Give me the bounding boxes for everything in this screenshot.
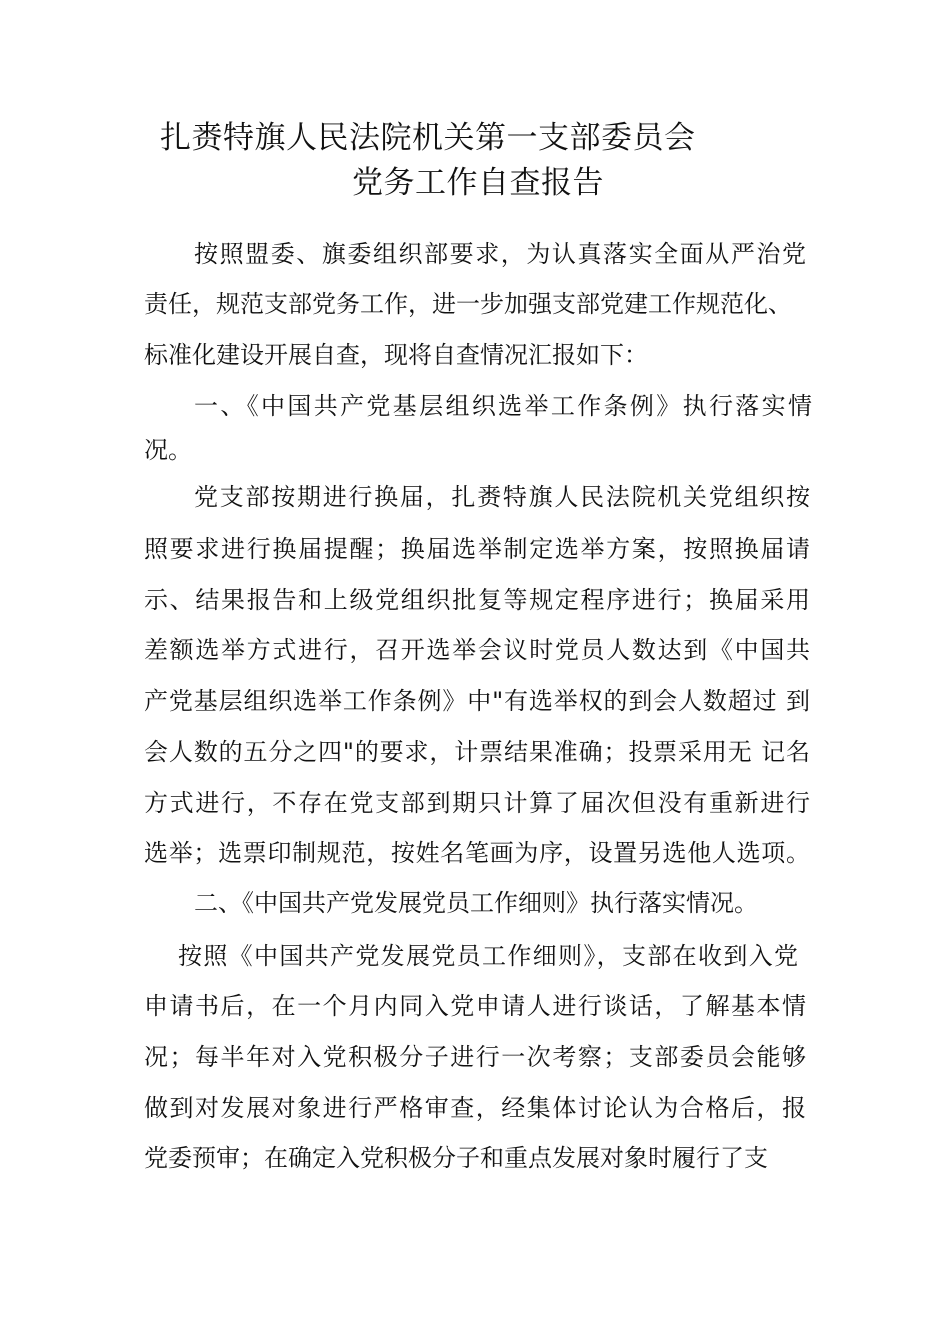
body-line: 选举；选票印制规范，按姓名笔画为序，设置另选他人选项。 [144,836,810,870]
body-line: 产党基层组织选举工作条例》中"有选举权的到会人数超过 到 [144,684,810,718]
body-line: 申请书后，在一个月内同入党申请人进行谈话，了解基本情 [144,989,806,1023]
document-title-line-1: 扎赉特旗人民法院机关第一支部委员会 [160,118,696,158]
document-page: 扎赉特旗人民法院机关第一支部委员会 党务工作自查报告 按照盟委、旗委组织部要求，… [0,0,950,1344]
body-line: 会人数的五分之四"的要求，计票结果准确；投票采用无 记名 [144,735,810,769]
body-line: 责任，规范支部党务工作，进一步加强支部党建工作规范化、 [144,287,792,321]
body-line: 照要求进行换届提醒；换届选举制定选举方案，按照换届请 [144,532,810,566]
section-heading-1: 一、《中国共产党基层组织选举工作条例》执行落实情 [194,389,812,423]
section-heading-2: 二、《中国共产党发展党员工作细则》执行落实情况。 [194,886,794,920]
body-line: 差额选举方式进行，召开选举会议时党员人数达到《中国共 [144,633,810,667]
body-line: 按照《中国共产党发展党员工作细则》，支部在收到入党 [178,939,798,973]
body-line: 示、结果报告和上级党组织批复等规定程序进行；换届采用 [144,583,810,617]
body-line: 标准化建设开展自查，现将自查情况汇报如下： [144,338,814,372]
body-line: 况；每半年对入党积极分子进行一次考察；支部委员会能够 [144,1040,806,1074]
body-line: 党委预审；在确定入党积极分子和重点发展对象时履行了支 [144,1141,814,1175]
document-title-line-2: 党务工作自查报告 [352,163,604,203]
body-line: 按照盟委、旗委组织部要求，为认真落实全面从严治党 [194,237,806,271]
body-line: 做到对发展对象进行严格审查，经集体讨论认为合格后，报 [144,1091,806,1125]
body-line: 党支部按期进行换届，扎赉特旗人民法院机关党组织按 [194,480,810,514]
body-line: 方式进行，不存在党支部到期只计算了届次但没有重新进行 [144,786,810,820]
section-heading-1-cont: 况。 [144,433,814,467]
